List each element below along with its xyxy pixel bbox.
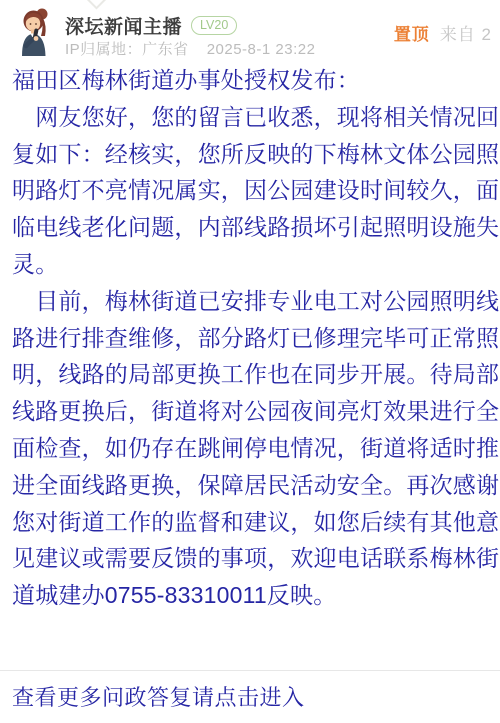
post-line: 临电线老化问题，内部线路损坏引起照明设施失 — [12, 209, 499, 246]
user-avatar[interactable] — [16, 8, 56, 57]
post-body: 福田区梅林街道办事处授权发布： 网友您好，您的留言已收悉，现将相关情况回 复如下… — [12, 62, 499, 614]
level-badge: LV20 — [191, 16, 237, 35]
post-line: 进全面线路更换，保障居民活动安全。再次感谢 — [12, 467, 499, 504]
footer-divider — [0, 670, 500, 671]
from-floor-link[interactable]: 来自 2 — [440, 25, 492, 44]
post-line: 网友您好，您的留言已收悉，现将相关情况回 — [12, 99, 499, 136]
post-line: 见建议或需要反馈的事项，欢迎电话联系梅林街 — [12, 540, 499, 577]
timestamp: 2025-8-1 23:22 — [207, 41, 316, 58]
post-line: 道城建办0755-83310011反映。 — [12, 577, 499, 614]
username[interactable]: 深坛新闻主播 — [65, 12, 182, 39]
post-meta: IP归属地：广东省2025-8-1 23:22 — [65, 38, 315, 59]
post-line: 目前，梅林街道已安排专业电工对公园照明线 — [12, 283, 499, 320]
post-page: 深坛新闻主播 LV20 IP归属地：广东省2025-8-1 23:22 置顶来自… — [0, 0, 500, 723]
post-line: 复如下：经核实，您所反映的下梅林文体公园照 — [12, 136, 499, 173]
post-line: 您对街道工作的监督和建议，如您后续有其他意 — [12, 504, 499, 541]
ip-location: IP归属地：广东省 — [65, 41, 189, 58]
post-line: 线路更换后，街道将对公园夜间亮灯效果进行全 — [12, 393, 499, 430]
post-header: 深坛新闻主播 LV20 IP归属地：广东省2025-8-1 23:22 置顶来自… — [0, 0, 500, 62]
post-line: 福田区梅林街道办事处授权发布： — [12, 62, 499, 99]
pinned-badge: 置顶 — [394, 25, 430, 44]
post-line: 面检查，如仍存在跳闸停电情况，街道将适时推 — [12, 430, 499, 467]
post-line: 明路灯不亮情况属实，因公园建设时间较久，面 — [12, 172, 499, 209]
avatar-illustration — [16, 8, 56, 57]
post-line: 灵。 — [12, 246, 499, 283]
more-replies-link[interactable]: 查看更多问政答复请点击进入 — [12, 682, 305, 714]
post-line: 明，线路的局部更换工作也在同步开展。待局部 — [12, 356, 499, 393]
post-line: 路进行排查维修，部分路灯已修理完毕可正常照 — [12, 320, 499, 357]
